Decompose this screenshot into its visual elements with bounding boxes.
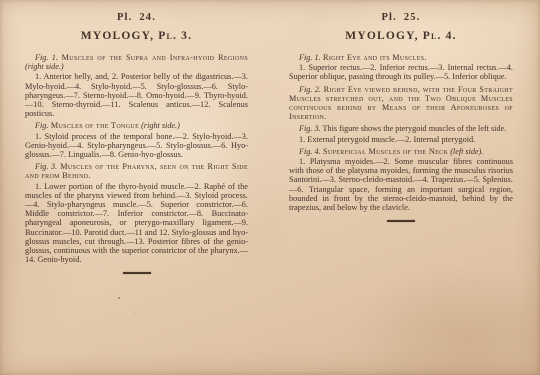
book-spread-scan: Pl. 24. MYOLOGY, Pl. 3. Fig. 1. Muscles …: [0, 0, 540, 375]
figure-heading: Fig. 3. Muscles of the Pharynx, seen on …: [25, 162, 248, 180]
figure-description: 1. Superior rectus.—2. Inferior rectus.—…: [289, 63, 513, 81]
heading-segment: Fig. 1.: [299, 53, 321, 62]
figure-description: 1. Lower portion of the thyro-hyoid musc…: [25, 182, 248, 265]
page-title: MYOLOGY, Pl. 3.: [25, 30, 248, 42]
heading-segment: Fig.: [35, 121, 48, 130]
heading-segment: Superficial Muscles of the Neck: [321, 147, 449, 156]
heading-segment: (right side.): [139, 121, 180, 130]
section-divider: [123, 272, 151, 274]
figure-heading: Fig. 2. Right Eye viewed behind, with th…: [289, 85, 513, 122]
heading-segment: Fig. 3.: [299, 124, 321, 133]
plate-number: Pl. 25.: [289, 12, 513, 23]
figure-heading: Fig. 1. Muscles of the Supra and Infra-h…: [25, 53, 248, 71]
heading-segment: Fig. 3.: [35, 162, 57, 171]
page-left: Pl. 24. MYOLOGY, Pl. 3. Fig. 1. Muscles …: [25, 12, 248, 274]
heading-segment: This figure shows the pterygoid muscles …: [321, 124, 507, 133]
page-sections: Fig. 1. Muscles of the Supra and Infra-h…: [25, 53, 248, 274]
heading-segment: (right side.): [25, 62, 64, 71]
plate-number: Pl. 24.: [25, 12, 248, 23]
heading-segment: Fig. 1.: [35, 53, 58, 62]
figure-heading: Fig. Muscles of the Tongue (right side.): [25, 121, 248, 130]
figure-heading: Fig. 4. Superficial Muscles of the Neck …: [289, 147, 513, 156]
page-title: MYOLOGY, Pl. 4.: [289, 30, 513, 42]
page-sections: Fig. 1. Right Eye and its Muscles.1. Sup…: [289, 53, 513, 222]
heading-segment: Fig. 4.: [299, 147, 321, 156]
figure-description: 1. Anterior belly, and, 2. Posterior bel…: [25, 72, 248, 118]
page-right: Pl. 25. MYOLOGY, Pl. 4. Fig. 1. Right Ey…: [289, 12, 513, 222]
figure-heading: Fig. 3. This figure shows the pterygoid …: [289, 124, 513, 133]
heading-segment: Muscles of the Pharynx, seen on the Righ…: [25, 162, 248, 180]
heading-segment: Muscles of the Supra and Infra-hyoid Reg…: [58, 53, 248, 62]
heading-segment: Muscles of the Tongue: [48, 121, 139, 130]
section-divider: [387, 220, 415, 222]
figure-description: 1. External pterygoid muscle.—2. Interna…: [289, 135, 513, 144]
heading-segment: (left side).: [448, 147, 483, 156]
heading-segment: Right Eye and its Muscles.: [321, 53, 427, 62]
heading-segment: Right Eye viewed behind, with the Four S…: [289, 85, 513, 122]
figure-description: 1. Styloid process of the temporal bone.…: [25, 132, 248, 160]
figure-description: 1. Platysma myoides.—2. Some muscular fi…: [289, 157, 513, 212]
heading-segment: Fig. 2.: [299, 85, 321, 94]
figure-heading: Fig. 1. Right Eye and its Muscles.: [289, 53, 513, 62]
